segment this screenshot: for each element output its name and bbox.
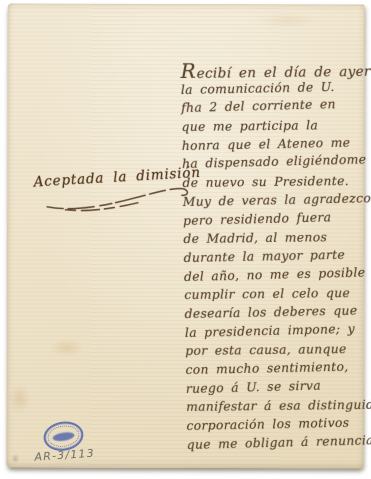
handwritten-line: pero residiendo fuera (183, 207, 369, 230)
handwritten-line: del año, no me es posible (184, 263, 370, 286)
stamp-center (52, 431, 75, 442)
letter-body: Recibí en el día de ayer la comunicación… (180, 59, 371, 454)
pencil-edge-mark (11, 454, 19, 464)
scanned-document: Aceptada la dimisión Recibí en el día de… (0, 0, 371, 479)
handwritten-line: ruego á U. se sirva (186, 375, 371, 398)
paper-stain (49, 339, 85, 357)
letter-page: Aceptada la dimisión Recibí en el día de… (6, 4, 364, 469)
margin-note-annotation: Aceptada la dimisión (33, 162, 204, 191)
paper-stain (9, 384, 31, 414)
handwritten-line: que me obligan á renunciar (187, 431, 371, 454)
handwritten-line: la presidencia impone; y (185, 319, 371, 342)
handwritten-line: ha dispensado eligiéndome (182, 151, 368, 174)
handwritten-line: fha 2 del corriente en (181, 95, 367, 118)
paper-stain (258, 12, 318, 28)
archive-reference-number: AR-3/113 (34, 447, 95, 464)
